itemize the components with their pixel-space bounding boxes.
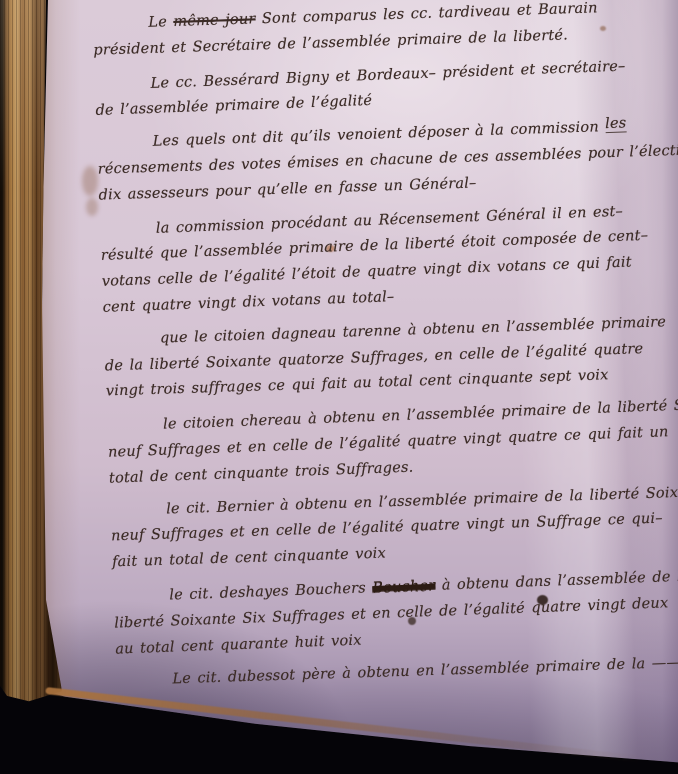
manuscript-paragraph: le cit. deshayes Bouchers Boucher à obte… bbox=[113, 564, 678, 663]
manuscript-paragraph: que le citoien dagneau tarenne à obtenu … bbox=[104, 308, 678, 407]
handwritten-text: le cit. deshayes Bouchers bbox=[169, 580, 373, 603]
photo-background: Le même jour Sont comparus les cc. tardi… bbox=[0, 0, 678, 774]
manuscript-text: Le même jour Sont comparus les cc. tardi… bbox=[92, 0, 678, 705]
manuscript-paragraph: la commission procédant au Récensement G… bbox=[99, 197, 678, 322]
manuscript-page: Le même jour Sont comparus les cc. tardi… bbox=[40, 0, 678, 774]
handwritten-text: à obtenu dans l’assemblée de la bbox=[435, 568, 678, 593]
struck-word: même jour bbox=[173, 11, 256, 30]
handwritten-text: Le cit. dubessot père à obtenu en l’asse… bbox=[172, 655, 678, 688]
crossed-out-word: Boucher bbox=[372, 578, 436, 596]
paper-stain bbox=[82, 166, 98, 196]
manuscript-paragraph: le cit. Bernier à obtenu en l’assemblée … bbox=[110, 479, 678, 578]
inserted-word: les bbox=[605, 117, 627, 133]
paper-stain bbox=[86, 198, 98, 216]
handwritten-text: au total cent quarante huit voix bbox=[115, 632, 362, 657]
manuscript-paragraph: Les quels ont dit qu’ils venoient dépose… bbox=[96, 111, 678, 210]
handwritten-text: fait un total de cent cinquante voix bbox=[112, 546, 386, 571]
handwritten-text: Le bbox=[148, 14, 174, 31]
manuscript-paragraph: le citoien chereau à obtenu en l’assembl… bbox=[107, 393, 678, 492]
handwritten-text: de l’assemblée primaire de l’égalité bbox=[95, 93, 372, 119]
